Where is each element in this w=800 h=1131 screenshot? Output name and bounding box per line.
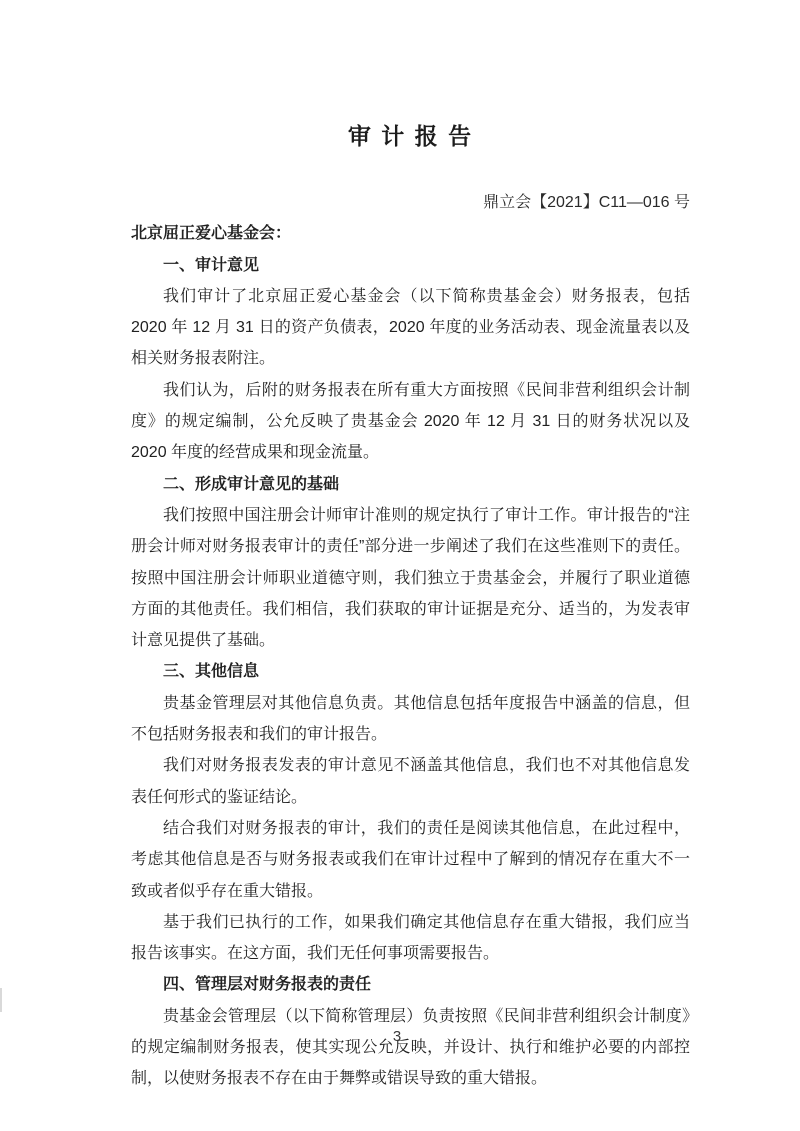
reference-number: 鼎立会【2021】C11—016 号 xyxy=(131,187,690,218)
audit-report-page: 审 计 报 告 鼎立会【2021】C11—016 号 北京屈正爱心基金会： 一、… xyxy=(0,0,800,1131)
section-heading: 一、审计意见 xyxy=(131,250,690,281)
addressee: 北京屈正爱心基金会： xyxy=(131,218,690,249)
paragraph: 我们按照中国注册会计师审计准则的规定执行了审计工作。审计报告的“注册会计师对财务… xyxy=(131,500,690,656)
paragraph: 结合我们对财务报表的审计，我们的责任是阅读其他信息，在此过程中，考虑其他信息是否… xyxy=(131,813,690,907)
section-heading: 四、管理层对财务报表的责任 xyxy=(131,969,690,1000)
paragraph: 贵基金管理层对其他信息负责。其他信息包括年度报告中涵盖的信息，但不包括财务报表和… xyxy=(131,688,690,751)
section-heading: 三、其他信息 xyxy=(131,656,690,687)
page-title: 审 计 报 告 xyxy=(131,121,690,152)
paragraph: 我们审计了北京屈正爱心基金会（以下简称贵基金会）财务报表，包括 2020 年 1… xyxy=(131,281,690,375)
section-heading: 二、形成审计意见的基础 xyxy=(131,469,690,500)
paragraph: 基于我们已执行的工作，如果我们确定其他信息存在重大错报，我们应当报告该事实。在这… xyxy=(131,907,690,970)
report-body: 北京屈正爱心基金会： 一、审计意见我们审计了北京屈正爱心基金会（以下简称贵基金会… xyxy=(131,218,690,1094)
scan-edge-artifact xyxy=(0,988,2,1012)
document-content: 审 计 报 告 鼎立会【2021】C11—016 号 北京屈正爱心基金会： 一、… xyxy=(131,0,690,1095)
sections-container: 一、审计意见我们审计了北京屈正爱心基金会（以下简称贵基金会）财务报表，包括 20… xyxy=(131,250,690,1095)
paragraph: 我们认为，后附的财务报表在所有重大方面按照《民间非营利组织会计制度》的规定编制，… xyxy=(131,375,690,469)
page-number: 3 xyxy=(0,1021,794,1052)
paragraph: 我们对财务报表发表的审计意见不涵盖其他信息，我们也不对其他信息发表任何形式的鉴证… xyxy=(131,750,690,813)
